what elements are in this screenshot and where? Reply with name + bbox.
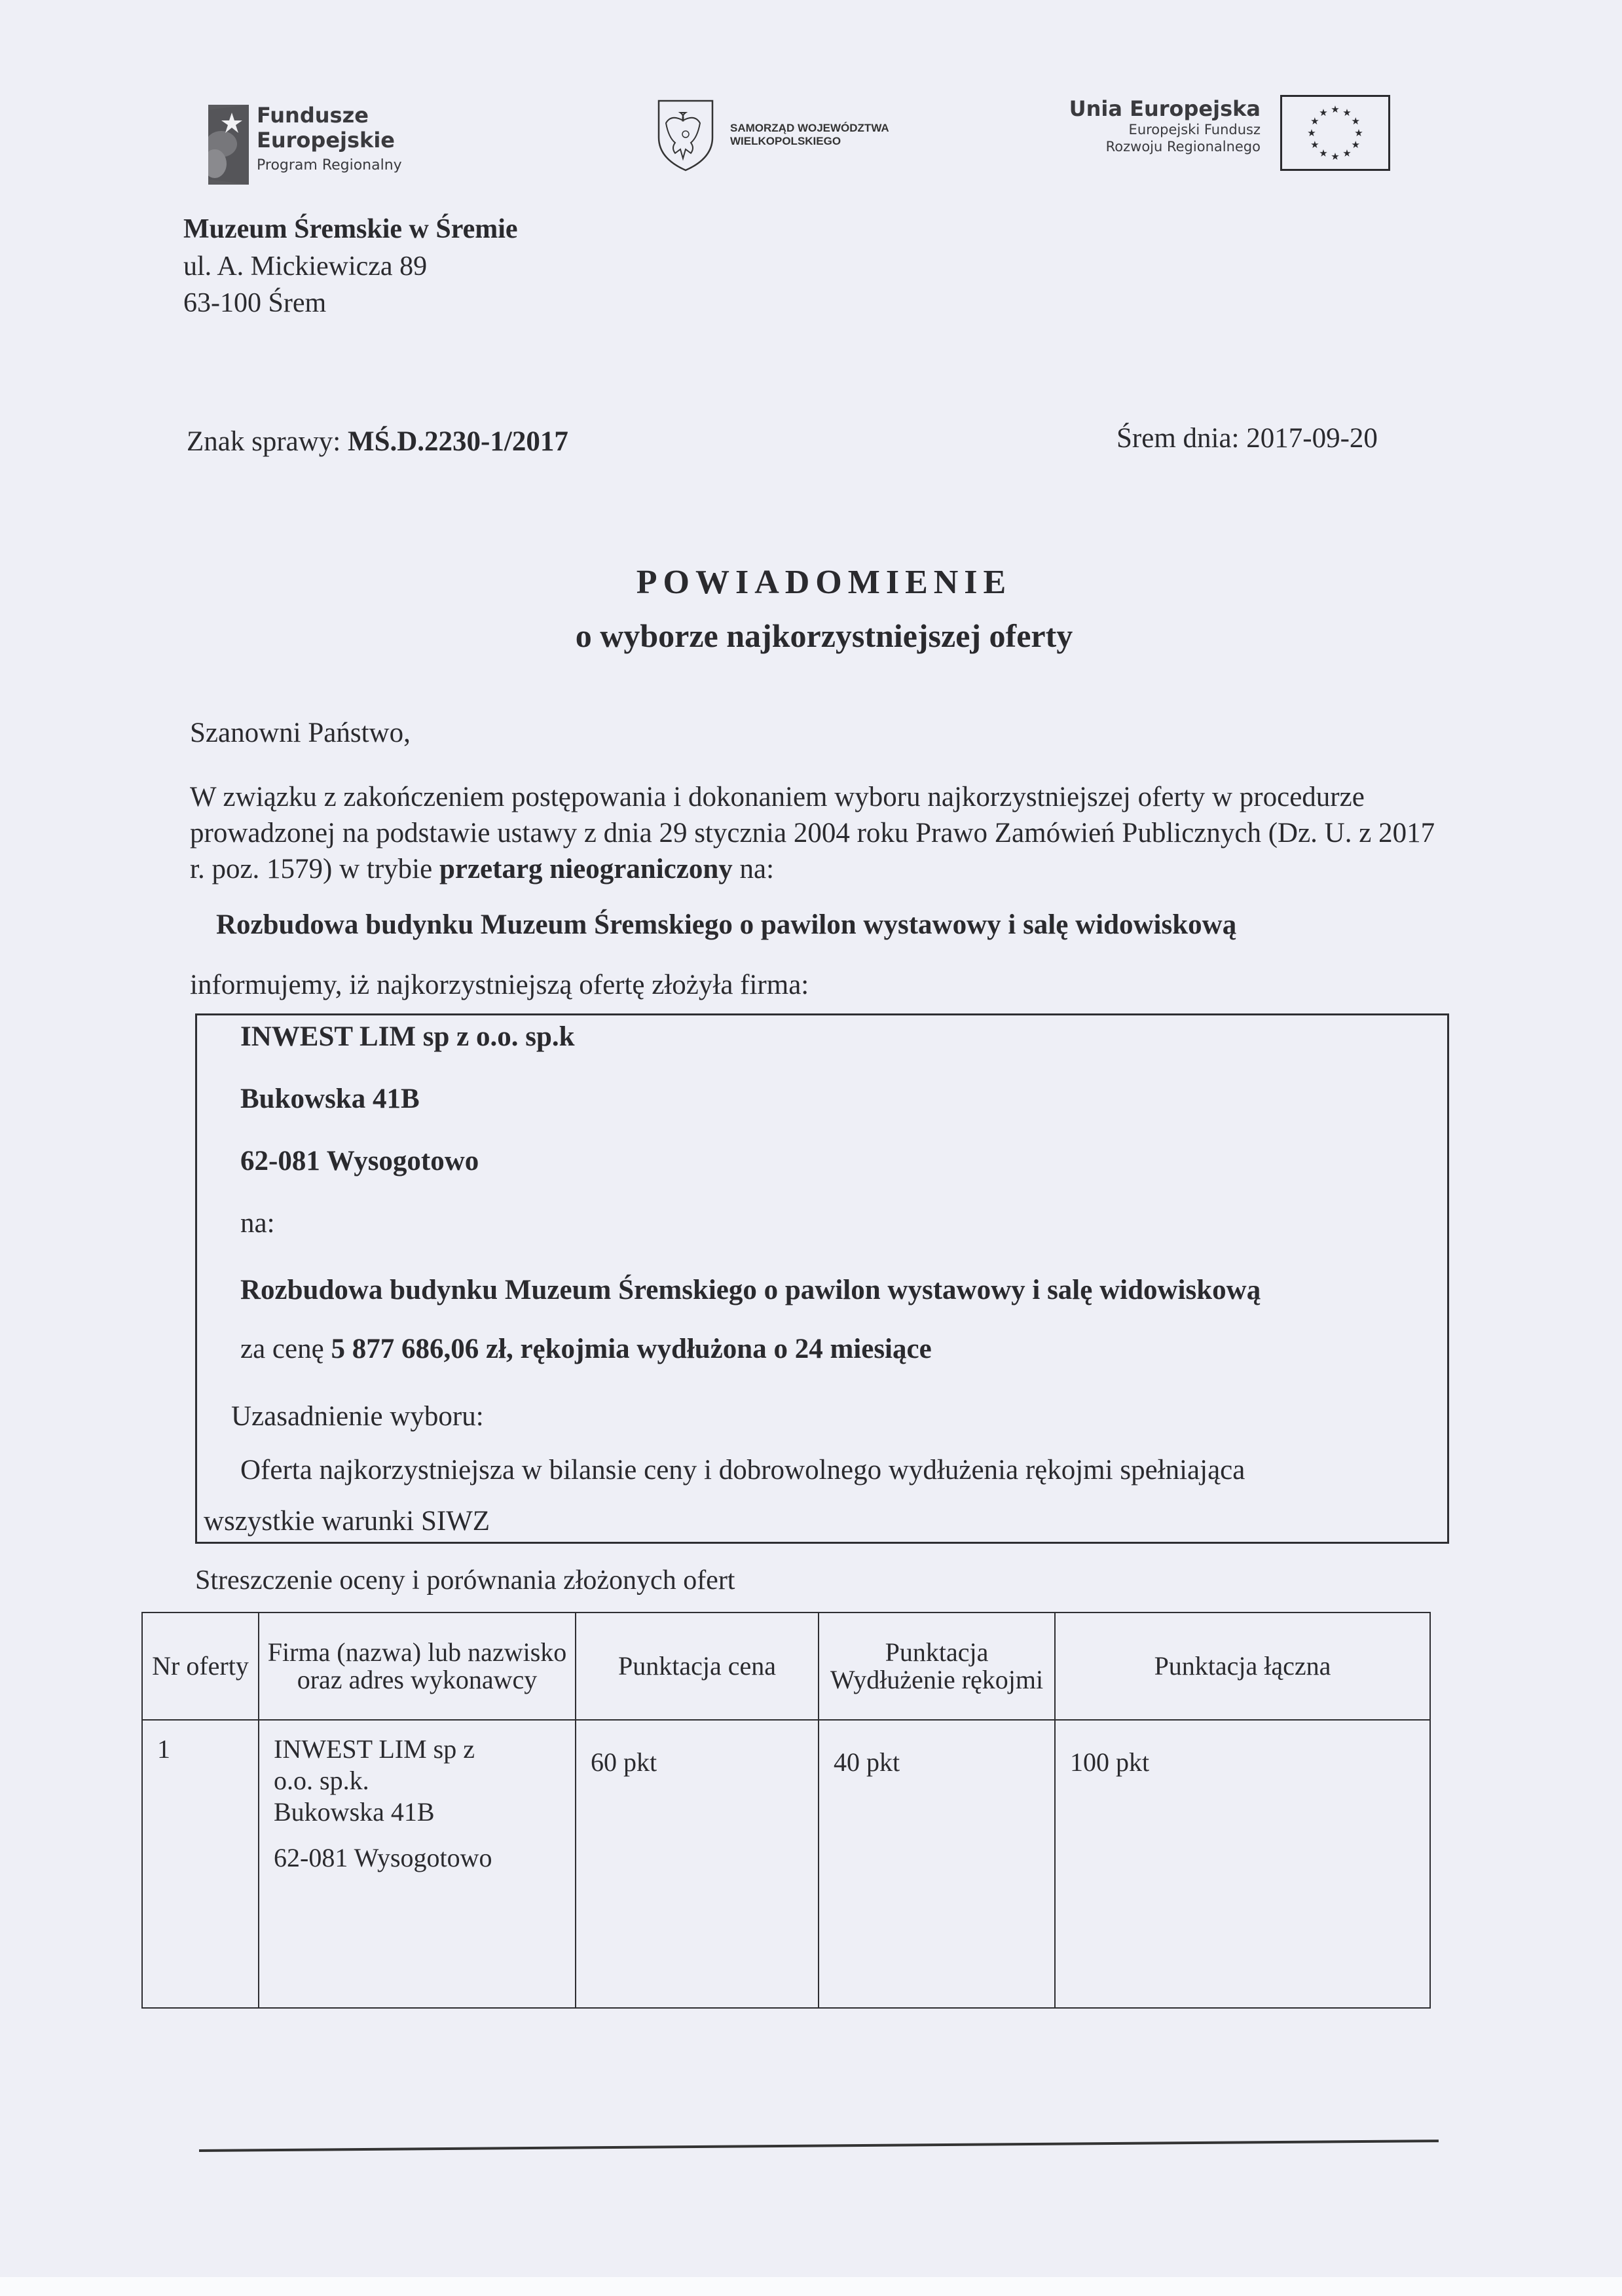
- winning-offer-box: INWEST LIM sp z o.o. sp.k Bukowska 41B 6…: [195, 1013, 1449, 1544]
- svg-text:★: ★: [1310, 117, 1319, 127]
- intro-paragraph: W związku z zakończeniem postępowania i …: [190, 779, 1454, 887]
- svg-text:★: ★: [1319, 149, 1327, 159]
- cell-offer-number: 1: [142, 1720, 259, 2008]
- summary-caption: Streszczenie oceny i porównania złożonyc…: [195, 1565, 735, 1596]
- cell-warranty-points: 40 pkt: [819, 1720, 1055, 2008]
- svg-text:★: ★: [1351, 117, 1359, 127]
- date-label: Śrem dnia:: [1116, 423, 1240, 454]
- scan-edge: [0, 2277, 1622, 2296]
- fundusze-europejskie-star-icon: [208, 105, 249, 185]
- svg-text:★: ★: [1331, 105, 1339, 115]
- logo-line: Fundusze: [257, 105, 402, 130]
- sender-name: Muzeum Śremskie w Śremie: [183, 211, 518, 248]
- sender-city: 63-100 Śrem: [183, 285, 518, 322]
- svg-text:★: ★: [1331, 152, 1339, 162]
- winner-street: Bukowska 41B: [240, 1083, 420, 1115]
- offers-comparison-table: Nr oferty Firma (nazwa) lub nazwisko ora…: [141, 1612, 1431, 2009]
- firm-line: Bukowska 41B: [274, 1796, 561, 1828]
- svg-text:★: ★: [1319, 108, 1327, 118]
- winner-on-label: na:: [240, 1207, 275, 1239]
- samorzad-logo-text: SAMORZĄD WOJEWÓDZTWA WIELKOPOLSKIEGO: [730, 122, 889, 147]
- header-price-points: Punktacja cena: [576, 1613, 819, 1720]
- wielkopolska-eagle-crest-icon: [656, 98, 715, 173]
- svg-text:★: ★: [1342, 149, 1351, 159]
- cell-price-points: 60 pkt: [576, 1720, 819, 2008]
- unia-europejska-logo-text: Unia Europejska Europejski Fundusz Rozwo…: [1048, 97, 1261, 155]
- winner-price: za cenę 5 877 686,06 zł, rękojmia wydłuż…: [240, 1333, 932, 1365]
- table-header-row: Nr oferty Firma (nazwa) lub nazwisko ora…: [142, 1613, 1430, 1720]
- greeting: Szanowni Państwo,: [190, 717, 411, 749]
- document-title: POWIADOMIENIE: [0, 563, 1622, 602]
- header-warranty-points: Punktacja Wydłużenie rękojmi: [819, 1613, 1055, 1720]
- firm-line: INWEST LIM sp z: [274, 1734, 561, 1765]
- case-reference-label: Znak sprawy:: [187, 426, 341, 457]
- logo-line: WIELKOPOLSKIEGO: [730, 135, 889, 148]
- winner-company: INWEST LIM sp z o.o. sp.k: [240, 1021, 575, 1053]
- case-reference: Znak sprawy: MŚ.D.2230-1/2017: [187, 426, 568, 458]
- logo-line: Program Regionalny: [257, 158, 402, 173]
- firm-line: 62-081 Wysogotowo: [274, 1842, 561, 1874]
- logo-line: SAMORZĄD WOJEWÓDZTWA: [730, 122, 889, 135]
- svg-text:★: ★: [1310, 140, 1319, 151]
- intro-tail: na:: [733, 854, 774, 884]
- case-reference-value: MŚ.D.2230-1/2017: [348, 426, 568, 457]
- price-detail: 5 877 686,06 zł, rękojmia wydłużona o 24…: [331, 1334, 931, 1364]
- sender-address: Muzeum Śremskie w Śremie ul. A. Mickiewi…: [183, 211, 518, 322]
- intro-lead: W związku z zakończeniem postępowania i …: [190, 782, 1435, 884]
- header-total-points: Punktacja łączna: [1055, 1613, 1430, 1720]
- inform-sentence: informujemy, iż najkorzystniejszą ofertę…: [190, 969, 809, 1001]
- procedure-mode: przetarg nieograniczony: [439, 854, 733, 884]
- logo-line: Europejskie: [257, 130, 402, 155]
- header-offer-number: Nr oferty: [142, 1613, 259, 1720]
- document-date: Śrem dnia: 2017-09-20: [1116, 422, 1378, 454]
- svg-text:★: ★: [1307, 128, 1316, 139]
- date-value: 2017-09-20: [1246, 423, 1378, 454]
- procurement-subject: Rozbudowa budynku Muzeum Śremskiego o pa…: [216, 909, 1236, 941]
- table-row: 1 INWEST LIM sp z o.o. sp.k. Bukowska 41…: [142, 1720, 1430, 2008]
- logo-line: Europejski Fundusz: [1048, 121, 1261, 138]
- footer-divider: [199, 2140, 1439, 2152]
- fundusze-europejskie-logo-text: Fundusze Europejskie Program Regionalny: [257, 105, 402, 173]
- sender-street: ul. A. Mickiewicza 89: [183, 248, 518, 285]
- firm-line: o.o. sp.k.: [274, 1765, 561, 1796]
- price-prefix: za cenę: [240, 1334, 331, 1364]
- svg-text:★: ★: [1342, 108, 1351, 118]
- svg-text:★: ★: [1351, 140, 1359, 151]
- winner-city: 62-081 Wysogotowo: [240, 1145, 479, 1177]
- cell-total-points: 100 pkt: [1055, 1720, 1430, 2008]
- header-firm: Firma (nazwa) lub nazwisko oraz adres wy…: [259, 1613, 576, 1720]
- winner-subject: Rozbudowa budynku Muzeum Śremskiego o pa…: [240, 1274, 1261, 1306]
- cell-firm: INWEST LIM sp z o.o. sp.k. Bukowska 41B …: [259, 1720, 576, 2008]
- svg-text:★: ★: [1354, 128, 1363, 139]
- justification-label: Uzasadnienie wyboru:: [231, 1400, 484, 1432]
- logo-line: Unia Europejska: [1048, 97, 1261, 121]
- eu-flag-stars-icon: ★★★★★★★★★★★★: [1280, 95, 1390, 171]
- justification-line1: Oferta najkorzystniejsza w bilansie ceny…: [240, 1454, 1245, 1486]
- justification-line2: wszystkie warunki SIWZ: [204, 1505, 490, 1537]
- logo-line: Rozwoju Regionalnego: [1048, 138, 1261, 155]
- document-subtitle: o wyborze najkorzystniejszej oferty: [0, 617, 1622, 655]
